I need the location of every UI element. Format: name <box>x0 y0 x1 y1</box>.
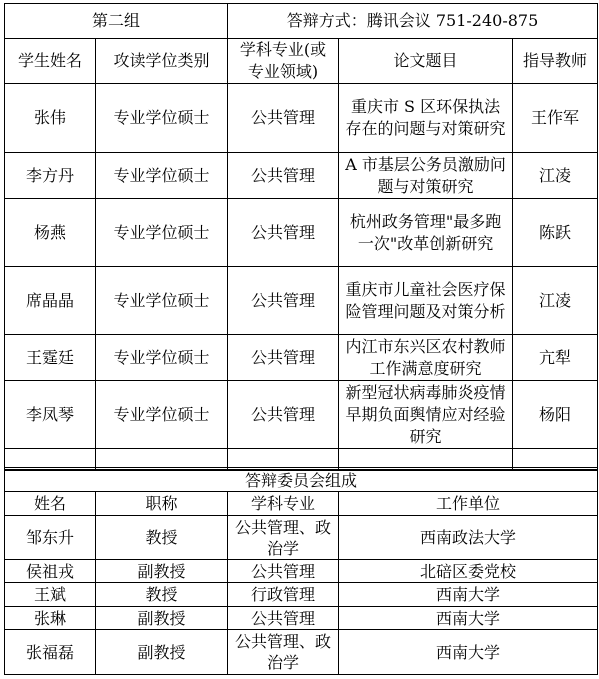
major: 公共管理 <box>228 84 339 153</box>
member-major: 公共管理 <box>228 607 339 630</box>
member-unit: 西南大学 <box>339 630 598 675</box>
defense-method: 答辩方式：腾讯会议 751-240-875 <box>228 4 598 39</box>
table-row: 席晶晶 专业学位硕士 公共管理 重庆市儿童社会医疗保险管理问题及对策分析 江凌 <box>5 267 598 335</box>
student-name: 张伟 <box>5 84 96 153</box>
member-name: 邹东升 <box>5 516 96 560</box>
advisor: 杨阳 <box>513 381 598 449</box>
student-name: 王霆廷 <box>5 335 96 381</box>
header-rank: 职称 <box>96 492 228 516</box>
header-thesis-title: 论文题目 <box>339 39 513 84</box>
committee-title: 答辩委员会组成 <box>5 469 598 492</box>
member-unit: 西南政法大学 <box>339 516 598 560</box>
degree-type: 专业学位硕士 <box>96 267 228 335</box>
table-row: 张伟 专业学位硕士 公共管理 重庆市 S 区环保执法存在的问题与对策研究 王作军 <box>5 84 598 153</box>
committee-table: 答辩委员会组成 姓名 职称 学科专业 工作单位 邹东升 教授 公共管理、政治学 … <box>4 467 598 675</box>
member-major: 公共管理、政治学 <box>228 516 339 560</box>
header-advisor: 指导教师 <box>513 39 598 84</box>
committee-row: 张福磊 副教授 公共管理、政治学 西南大学 <box>5 630 598 675</box>
major: 公共管理 <box>228 335 339 381</box>
committee-row: 王斌 教授 行政管理 西南大学 <box>5 583 598 607</box>
committee-row: 张琳 副教授 公共管理 西南大学 <box>5 607 598 630</box>
header-unit: 工作单位 <box>339 492 598 516</box>
group-name: 第二组 <box>5 4 228 39</box>
member-unit: 北碚区委党校 <box>339 560 598 583</box>
students-table: 第二组 答辩方式：腾讯会议 751-240-875 学生姓名 攻读学位类别 学科… <box>4 3 598 471</box>
member-rank: 教授 <box>96 583 228 607</box>
member-major: 行政管理 <box>228 583 339 607</box>
member-rank: 副教授 <box>96 630 228 675</box>
major: 公共管理 <box>228 153 339 199</box>
committee-row: 侯祖戎 副教授 公共管理 北碚区委党校 <box>5 560 598 583</box>
column-header-row: 学生姓名 攻读学位类别 学科专业(或专业领域) 论文题目 指导教师 <box>5 39 598 84</box>
degree-type: 专业学位硕士 <box>96 335 228 381</box>
table-row: 李凤琴 专业学位硕士 公共管理 新型冠状病毒肺炎疫情早期负面舆情应对经验研究 杨… <box>5 381 598 449</box>
member-rank: 副教授 <box>96 607 228 630</box>
student-name: 李方丹 <box>5 153 96 199</box>
advisor: 亢犁 <box>513 335 598 381</box>
committee-row: 邹东升 教授 公共管理、政治学 西南政法大学 <box>5 516 598 560</box>
table-row: 李方丹 专业学位硕士 公共管理 A 市基层公务员激励问题与对策研究 江凌 <box>5 153 598 199</box>
member-name: 张福磊 <box>5 630 96 675</box>
table-row: 王霆廷 专业学位硕士 公共管理 内江市东兴区农村教师工作满意度研究 亢犁 <box>5 335 598 381</box>
member-major: 公共管理 <box>228 560 339 583</box>
thesis-title: 重庆市儿童社会医疗保险管理问题及对策分析 <box>339 267 513 335</box>
advisor: 王作军 <box>513 84 598 153</box>
degree-type: 专业学位硕士 <box>96 381 228 449</box>
student-name: 李凤琴 <box>5 381 96 449</box>
member-unit: 西南大学 <box>339 607 598 630</box>
member-unit: 西南大学 <box>339 583 598 607</box>
committee-title-row: 答辩委员会组成 <box>5 469 598 492</box>
header-student-name: 学生姓名 <box>5 39 96 84</box>
member-rank: 教授 <box>96 516 228 560</box>
header-major: 学科专业(或专业领域) <box>228 39 339 84</box>
committee-header-row: 姓名 职称 学科专业 工作单位 <box>5 492 598 516</box>
member-major: 公共管理、政治学 <box>228 630 339 675</box>
thesis-title: A 市基层公务员激励问题与对策研究 <box>339 153 513 199</box>
member-name: 侯祖戎 <box>5 560 96 583</box>
thesis-title: 内江市东兴区农村教师工作满意度研究 <box>339 335 513 381</box>
member-name: 王斌 <box>5 583 96 607</box>
advisor: 江凌 <box>513 153 598 199</box>
major: 公共管理 <box>228 267 339 335</box>
table-row: 杨燕 专业学位硕士 公共管理 杭州政务管理"最多跑一次"改革创新研究 陈跃 <box>5 199 598 267</box>
student-name: 杨燕 <box>5 199 96 267</box>
degree-type: 专业学位硕士 <box>96 153 228 199</box>
advisor: 陈跃 <box>513 199 598 267</box>
degree-type: 专业学位硕士 <box>96 199 228 267</box>
group-header-row: 第二组 答辩方式：腾讯会议 751-240-875 <box>5 4 598 39</box>
student-name: 席晶晶 <box>5 267 96 335</box>
member-rank: 副教授 <box>96 560 228 583</box>
advisor: 江凌 <box>513 267 598 335</box>
major: 公共管理 <box>228 381 339 449</box>
thesis-title: 重庆市 S 区环保执法存在的问题与对策研究 <box>339 84 513 153</box>
header-major: 学科专业 <box>228 492 339 516</box>
thesis-title: 新型冠状病毒肺炎疫情早期负面舆情应对经验研究 <box>339 381 513 449</box>
major: 公共管理 <box>228 199 339 267</box>
header-name: 姓名 <box>5 492 96 516</box>
member-name: 张琳 <box>5 607 96 630</box>
thesis-title: 杭州政务管理"最多跑一次"改革创新研究 <box>339 199 513 267</box>
degree-type: 专业学位硕士 <box>96 84 228 153</box>
header-degree-type: 攻读学位类别 <box>96 39 228 84</box>
